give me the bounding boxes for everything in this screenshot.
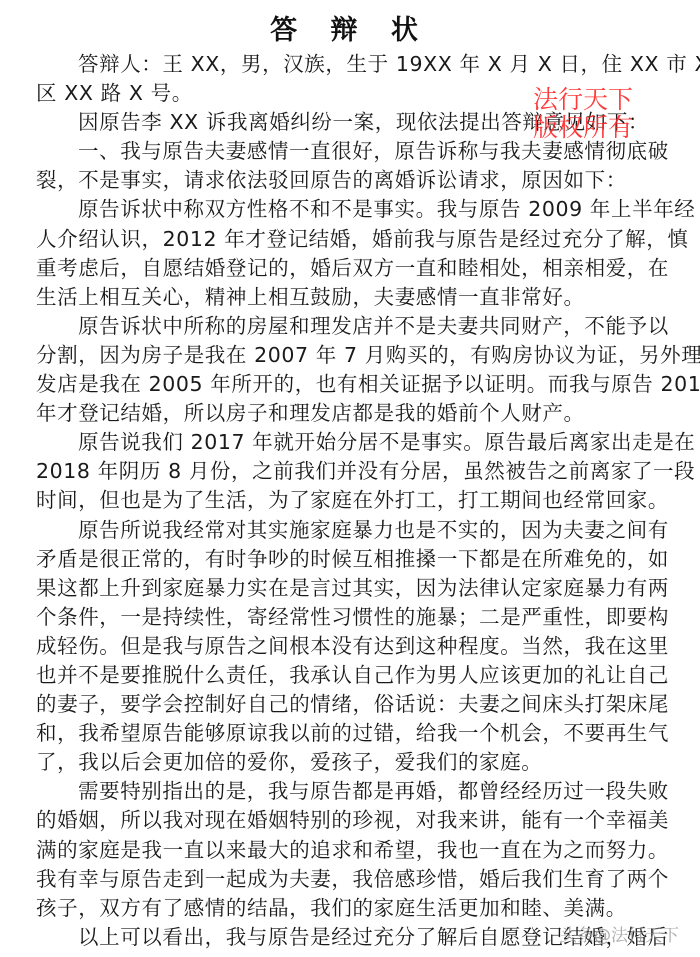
text-line: 年才登记结婚，所以房子和理发店都是我的婚前个人财产。 <box>36 399 676 428</box>
text-line: 需要特别指出的是，我与原告都是再婚，都曾经经历过一段失败 <box>36 777 676 806</box>
text-line: 和，我希望原告能够原谅我以前的过错，给我一个机会，不要再生气 <box>36 719 676 748</box>
document-title: 答 辩 状 <box>0 14 700 48</box>
text-line: 时间，但也是为了生活，为了家庭在外打工，打工期间也经常回家。 <box>36 486 676 515</box>
text-line: 的妻子，要学会控制好自己的情绪，俗话说：夫妻之间床头打架床尾 <box>36 690 676 719</box>
text-line: 原告诉状中称双方性格不和不是事实。我与原告 2009 年上半年经 <box>36 195 676 224</box>
watermark-source: 头条@法行天下 <box>560 921 679 946</box>
text-line: 生活上相互关心，精神上相互鼓励，夫妻感情一直非常好。 <box>36 283 676 312</box>
watermark-copyright: 版权所有 <box>533 114 633 142</box>
text-line: 矛盾是很正常的，有时争吵的时候互相推搡一下都是在所难免的，如 <box>36 545 676 574</box>
text-line: 裂，不是事实，请求依法驳回原告的离婚诉讼请求，原因如下： <box>36 166 676 195</box>
text-line: 孩子，双方有了感情的结晶，我们的家庭生活更加和睦、美满。 <box>36 894 676 923</box>
watermark-brand: 法行天下 <box>533 86 633 114</box>
text-line: 重考虑后，自愿结婚登记的，婚后双方一直和睦相处，相亲相爱，在 <box>36 254 676 283</box>
text-line: 也并不是要推脱什么责任，我承认自己作为男人应该更加的礼让自己 <box>36 661 676 690</box>
text-line: 成轻伤。但是我与原告之间根本没有达到这种程度。当然，我在这里 <box>36 632 676 661</box>
text-line: 人介绍认识，2012 年才登记结婚，婚前我与原告是经过充分了解，慎 <box>36 225 676 254</box>
document-page: 答 辩 状 答辩人：王 XX，男，汉族，生于 19XX 年 X 月 X 日，住 … <box>0 0 700 957</box>
text-line: 原告说我们 2017 年就开始分居不是事实。原告最后离家出走是在 <box>36 428 676 457</box>
document-body: 答辩人：王 XX，男，汉族，生于 19XX 年 X 月 X 日，住 XX 市 X… <box>36 50 676 952</box>
text-line: 答辩人：王 XX，男，汉族，生于 19XX 年 X 月 X 日，住 XX 市 X… <box>36 50 676 79</box>
text-line: 的婚姻，所以我对现在婚姻特别的珍视，对我来讲，能有一个幸福美 <box>36 806 676 835</box>
text-line: 我有幸与原告走到一起成为夫妻，我倍感珍惜，婚后我们生育了两个 <box>36 865 676 894</box>
text-line: 原告所说我经常对其实施家庭暴力也是不实的，因为夫妻之间有 <box>36 516 676 545</box>
text-line: 个条件，一是持续性，寄经常性习惯性的施暴；二是严重性，即要构 <box>36 603 676 632</box>
text-line: 满的家庭是我一直以来最大的追求和希望，我也一直在为之而努力。 <box>36 836 676 865</box>
text-line: 发店是我在 2005 年所开的，也有相关证据予以证明。而我与原告 2012 <box>36 370 676 399</box>
text-line: 2018 年阴历 8 月份，之前我们并没有分居，虽然被告之前离家了一段 <box>36 457 676 486</box>
text-line: 了，我以后会更加倍的爱你，爱孩子，爱我们的家庭。 <box>36 748 676 777</box>
text-line: 原告诉状中所称的房屋和理发店并不是夫妻共同财产，不能予以 <box>36 312 676 341</box>
text-line: 果这都上升到家庭暴力实在是言过其实，因为法律认定家庭暴力有两 <box>36 574 676 603</box>
text-line: 分割，因为房子是我在 2007 年 7 月购买的，有购房协议为证，另外理 <box>36 341 676 370</box>
